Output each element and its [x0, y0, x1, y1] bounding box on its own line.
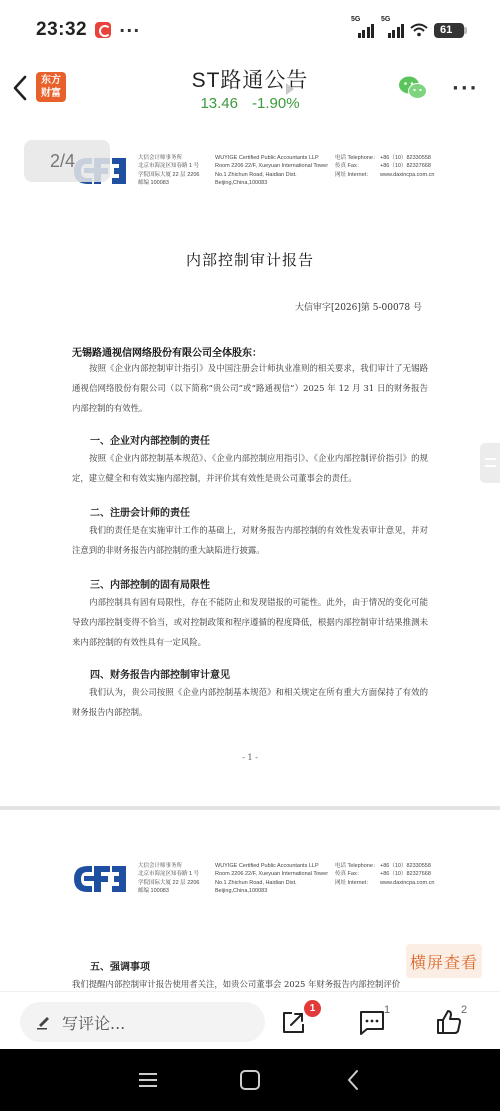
eastmoney-logo: 东方 财富 — [36, 72, 66, 102]
comment-placeholder: 写评论... — [62, 1011, 125, 1034]
status-bar: 23:32 ··· 5G 5G 61 — [0, 0, 500, 60]
letterhead-en-address: WUYIGE Certified Public Accountants LLPR… — [215, 862, 328, 896]
caret-right-icon[interactable] — [286, 83, 294, 95]
letterhead: 大信会计师事务所北京市海淀区知春路 1 号学院国际大厦 22 层 2206邮编 … — [72, 148, 452, 198]
letterhead-cn-address: 大信会计师事务所北京市海淀区知春路 1 号学院国际大厦 22 层 2206邮编 … — [138, 154, 199, 188]
letterhead: 大信会计师事务所北京市海淀区知春路 1 号学院国际大厦 22 层 2206邮编 … — [72, 856, 452, 906]
comment-input[interactable]: 写评论... — [20, 1002, 265, 1042]
addressee: 无锡路通视信网络股份有限公司全体股东： — [72, 344, 262, 359]
page-title: ST路通公告 — [150, 64, 350, 94]
app-root: 23:32 ··· 5G 5G 61 东方 财富 — [0, 0, 500, 1111]
app-notification-icon — [95, 22, 111, 38]
letterhead-en-address: WUYIGE Certified Public Accountants LLPR… — [215, 154, 328, 188]
document-number: 大信审字[2026]第 5-00078 号 — [295, 300, 422, 313]
document-title: 内部控制审计报告 — [0, 249, 500, 270]
system-nav-bar — [0, 1049, 500, 1111]
more-options-button[interactable]: ··· — [452, 78, 479, 99]
page-indicator: 2/4 — [24, 140, 110, 182]
letterhead-contact-labels: 电话 Telephone：传真 Fax：网址 Internet： — [335, 154, 378, 179]
section-body: 我们的责任是在实施审计工作的基础上，对财务报告内部控制的有效性发表审计意见，并对… — [72, 520, 428, 560]
cellular-signal-icon-2: 5G — [384, 22, 404, 38]
status-time: 23:32 — [36, 19, 87, 41]
comment-count: 1 — [384, 1004, 390, 1016]
section-body: 内部控制具有固有局限性，存在不能防止和发现错报的可能性。此外，由于情况的变化可能… — [72, 592, 428, 652]
stock-price: 13.46 — [200, 95, 238, 112]
landscape-view-button[interactable]: 横屏查看 — [406, 944, 482, 978]
wifi-icon — [410, 23, 428, 37]
bottom-action-bar: 写评论... 1 1 2 — [0, 991, 500, 1049]
like-count: 2 — [461, 1004, 467, 1016]
section-heading: 四、财务报告内部控制审计意见 — [90, 666, 230, 681]
back-nav-icon[interactable] — [342, 1069, 366, 1091]
stock-change: -1.90% — [252, 95, 300, 112]
recent-apps-icon[interactable] — [136, 1069, 160, 1091]
battery-icon: 61 — [434, 23, 464, 38]
wechat-share-icon[interactable] — [398, 75, 428, 101]
letterhead-cn-address: 大信会计师事务所北京市海淀区知春路 1 号学院国际大厦 22 层 2206邮编 … — [138, 862, 199, 896]
section-body: 按照《企业内部控制基本规范》、《企业内部控制应用指引》、《企业内部控制评价指引》… — [72, 448, 428, 488]
more-notifications-icon: ··· — [119, 21, 140, 40]
page-number: - 1 - — [0, 753, 500, 762]
stock-title-block[interactable]: ST路通公告 13.46-1.90% — [150, 64, 350, 112]
pencil-icon — [36, 1014, 52, 1030]
letterhead-contact-labels: 电话 Telephone：传真 Fax：网址 Internet： — [335, 862, 378, 887]
section-heading: 二、注册会计师的责任 — [90, 504, 190, 519]
cellular-signal-icon: 5G — [354, 22, 374, 38]
stock-quote: 13.46-1.90% — [150, 95, 350, 112]
section-body: 我们认为，贵公司按照《企业内部控制基本规范》和相关规定在所有重大方面保持了有效的… — [72, 682, 428, 722]
comment-icon[interactable] — [358, 1008, 386, 1036]
section-heading: 五、强调事项 — [90, 958, 150, 973]
letterhead-contact-values: +86（10）82330558+86（10）82327668www.daxinc… — [380, 862, 434, 887]
share-badge: 1 — [304, 1000, 321, 1017]
pdf-viewer[interactable]: 2/4 大信会计师事务所北京市海淀区知春路 1 号学院国际大厦 22 层 220… — [0, 116, 500, 991]
share-icon[interactable] — [280, 1008, 308, 1036]
section-body: 我们提醒内部控制审计报告使用者关注，如贵公司董事会 2025 年财务报告内部控制… — [72, 974, 428, 991]
page-separator — [0, 806, 500, 810]
like-icon[interactable] — [435, 1008, 463, 1036]
back-arrow-icon[interactable] — [10, 74, 30, 102]
section-heading: 一、企业对内部控制的责任 — [90, 432, 210, 447]
app-header: 东方 财富 ST路通公告 13.46-1.90% ··· — [0, 60, 500, 116]
intro-paragraph: 按照《企业内部控制审计指引》及中国注册会计师执业准则的相关要求，我们审计了无锡路… — [72, 358, 428, 418]
letterhead-contact-values: +86（10）82330558+86（10）82327668www.daxinc… — [380, 154, 434, 179]
cpa-logo — [72, 864, 128, 894]
scroll-handle[interactable] — [480, 443, 500, 483]
home-icon[interactable] — [238, 1069, 262, 1091]
section-heading: 三、内部控制的固有局限性 — [90, 576, 210, 591]
